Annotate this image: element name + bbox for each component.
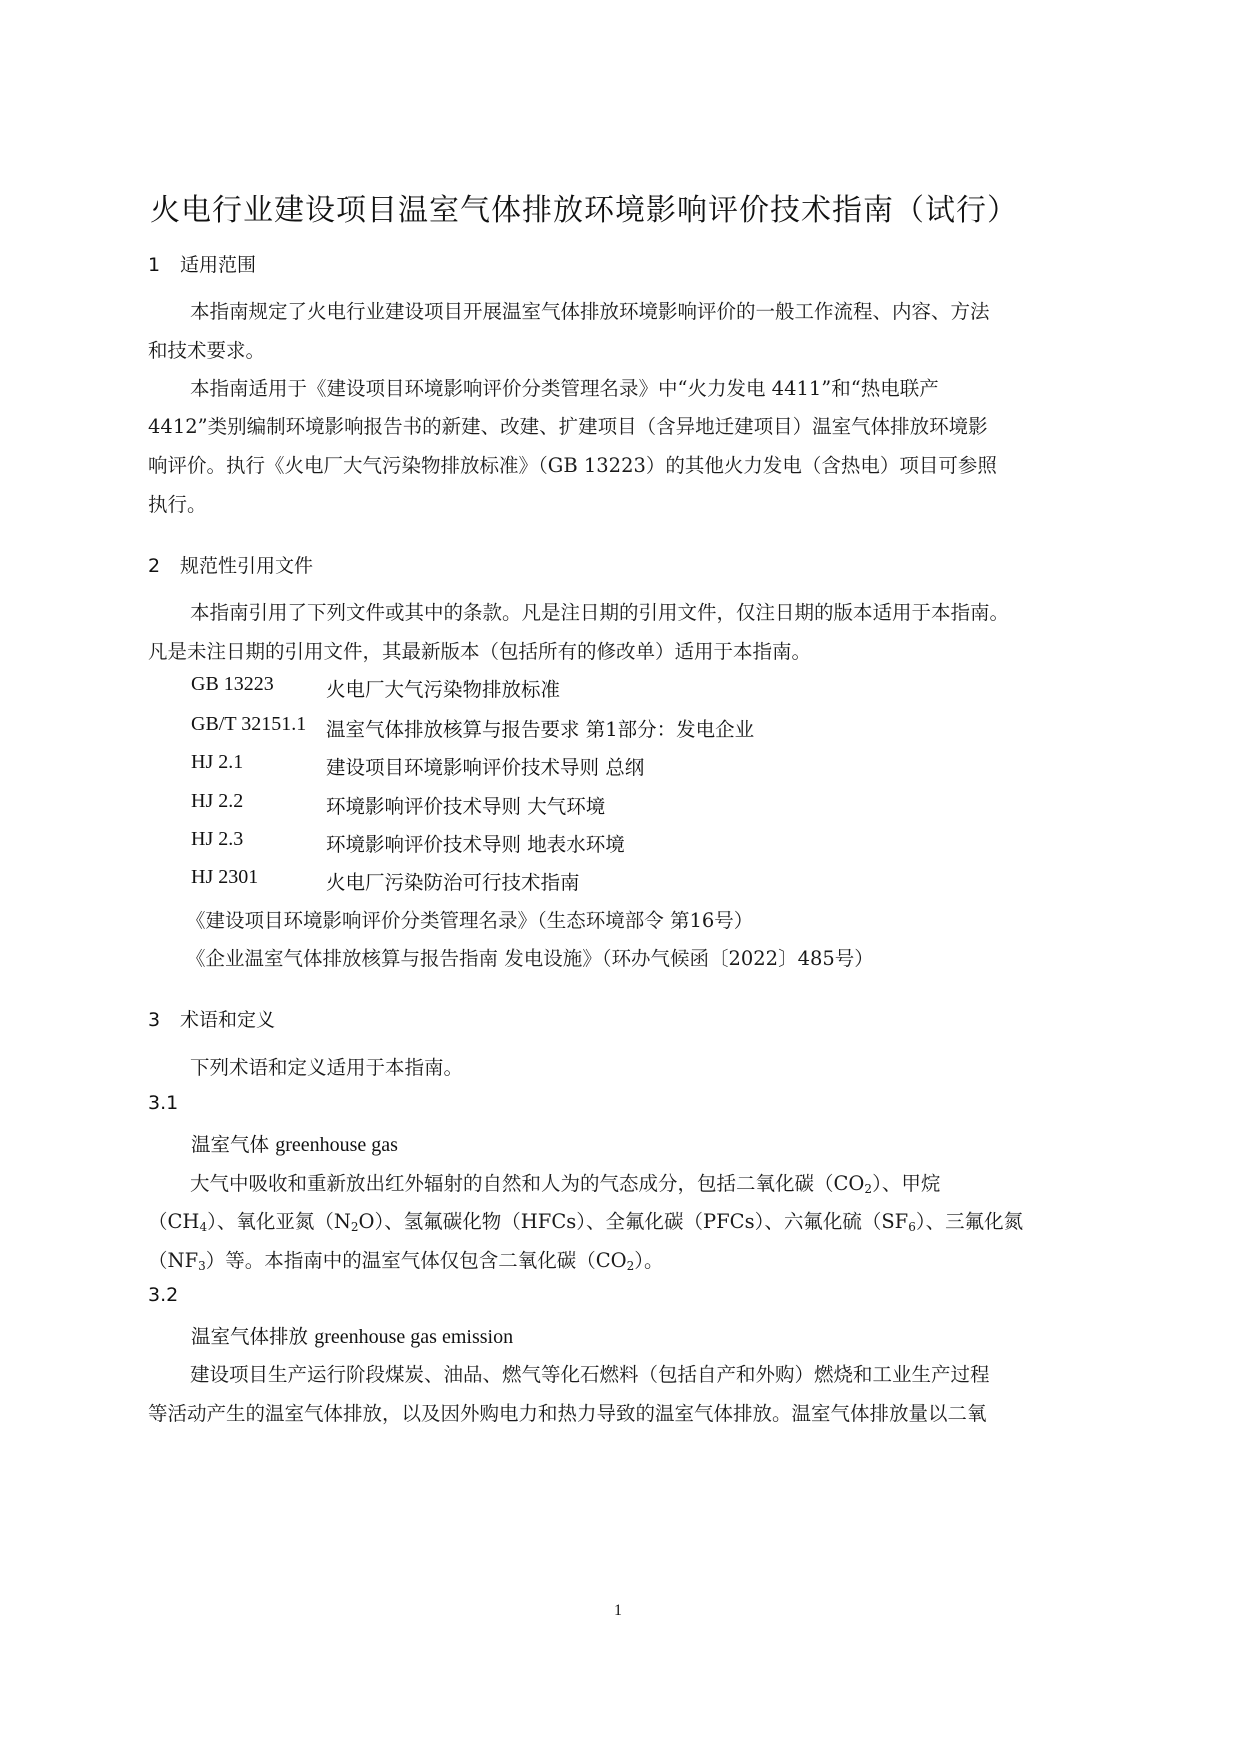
section-number: 1	[148, 254, 180, 276]
section-number: 2	[148, 555, 180, 577]
paragraph-line: 凡是未注日期的引用文件，其最新版本（包括所有的修改单）适用于本指南。	[148, 636, 811, 664]
text: ）。	[634, 1249, 663, 1272]
paragraph-line: 4412”类别编制环境影响报告书的新建、改建、扩建项目（含异地迁建项目）温室气体…	[148, 411, 988, 439]
other-reference: 《建设项目环境影响评价分类管理名录》（生态环境部令 第16号）	[186, 905, 753, 933]
reference-title: 建设项目环境影响评价技术导则 总纲	[326, 752, 644, 780]
paragraph-line: 和技术要求。	[148, 335, 265, 363]
subscript: 6	[908, 1220, 916, 1234]
term-heading: 温室气体 greenhouse gas	[191, 1129, 398, 1157]
reference-code: HJ 2.3	[191, 828, 243, 851]
term-zh: 温室气体	[191, 1133, 269, 1156]
paragraph-line: 本指南规定了火电行业建设项目开展温室气体排放环境影响评价的一般工作流程、内容、方…	[190, 296, 990, 324]
subscript: 2	[864, 1182, 872, 1196]
text: 大气中吸收和重新放出红外辐射的自然和人为的气态成分，包括二氧化碳（CO	[190, 1172, 864, 1195]
reference-code: HJ 2.1	[191, 751, 243, 774]
text: （NF	[148, 1249, 198, 1272]
text: O）、氢氟碳化物（HFCs）、全氟化碳（PFCs）、六氟化硫（SF	[359, 1210, 909, 1233]
reference-title: 温室气体排放核算与报告要求 第1部分：发电企业	[326, 714, 754, 742]
section-number: 3	[148, 1009, 180, 1031]
section-3-heading: 3术语和定义	[148, 1005, 275, 1032]
reference-code: HJ 2.2	[191, 790, 243, 813]
section-title: 规范性引用文件	[180, 555, 313, 577]
text: （CH	[148, 1210, 199, 1233]
paragraph-line: 本指南引用了下列文件或其中的条款。凡是注日期的引用文件，仅注日期的版本适用于本指…	[190, 597, 1009, 625]
text: ）、三氟化氮	[916, 1210, 1023, 1233]
reference-title: 环境影响评价技术导则 地表水环境	[326, 829, 625, 857]
section-2-heading: 2规范性引用文件	[148, 551, 313, 578]
definition-line: （CH4）、氧化亚氮（N2O）、氢氟碳化物（HFCs）、全氟化碳（PFCs）、六…	[148, 1206, 1023, 1234]
page-number: 1	[614, 1602, 622, 1620]
reference-title: 环境影响评价技术导则 大气环境	[326, 791, 605, 819]
subscript: 4	[199, 1220, 207, 1234]
term-heading: 温室气体排放 greenhouse gas emission	[191, 1321, 513, 1349]
reference-code: HJ 2301	[191, 866, 258, 889]
definition-line: 建设项目生产运行阶段煤炭、油品、燃气等化石燃料（包括自产和外购）燃烧和工业生产过…	[190, 1359, 990, 1387]
reference-title: 火电厂污染防治可行技术指南	[326, 867, 580, 895]
section-title: 术语和定义	[180, 1009, 275, 1031]
term-en: greenhouse gas	[275, 1134, 398, 1156]
reference-code: GB 13223	[191, 673, 274, 696]
definition-line: 大气中吸收和重新放出红外辐射的自然和人为的气态成分，包括二氧化碳（CO2）、甲烷	[190, 1168, 940, 1196]
term-en: greenhouse gas emission	[314, 1326, 513, 1348]
paragraph-line: 下列术语和定义适用于本指南。	[190, 1052, 463, 1080]
reference-title: 火电厂大气污染物排放标准	[326, 674, 560, 702]
other-reference: 《企业温室气体排放核算与报告指南 发电设施》（环办气候函〔2022〕485号）	[186, 943, 874, 971]
paragraph-line: 响评价。执行《火电厂大气污染物排放标准》（GB 13223）的其他火力发电（含热…	[148, 450, 997, 478]
document-page: 火电行业建设项目温室气体排放环境影响评价技术指南（试行） 1适用范围 本指南规定…	[0, 0, 1241, 1755]
term-number: 3.2	[148, 1284, 178, 1306]
text: ）、氧化亚氮（N	[207, 1210, 351, 1233]
section-title: 适用范围	[180, 254, 256, 276]
section-1-heading: 1适用范围	[148, 250, 256, 277]
definition-line: 等活动产生的温室气体排放，以及因外购电力和热力导致的温室气体排放。温室气体排放量…	[148, 1398, 987, 1426]
term-zh: 温室气体排放	[191, 1325, 308, 1348]
definition-line: （NF3）等。本指南中的温室气体仅包含二氧化碳（CO2）。	[148, 1245, 664, 1273]
subscript: 2	[351, 1220, 359, 1234]
text: ）等。本指南中的温室气体仅包含二氧化碳（CO	[206, 1249, 627, 1272]
paragraph-line: 本指南适用于《建设项目环境影响评价分类管理名录》中“火力发电 4411”和“热电…	[190, 373, 939, 401]
reference-code: GB/T 32151.1	[191, 713, 306, 736]
text: ）、甲烷	[872, 1172, 940, 1195]
document-title: 火电行业建设项目温室气体排放环境影响评价技术指南（试行）	[150, 185, 1110, 229]
subscript: 3	[198, 1259, 206, 1273]
term-number: 3.1	[148, 1092, 178, 1114]
paragraph-line: 执行。	[148, 489, 207, 517]
